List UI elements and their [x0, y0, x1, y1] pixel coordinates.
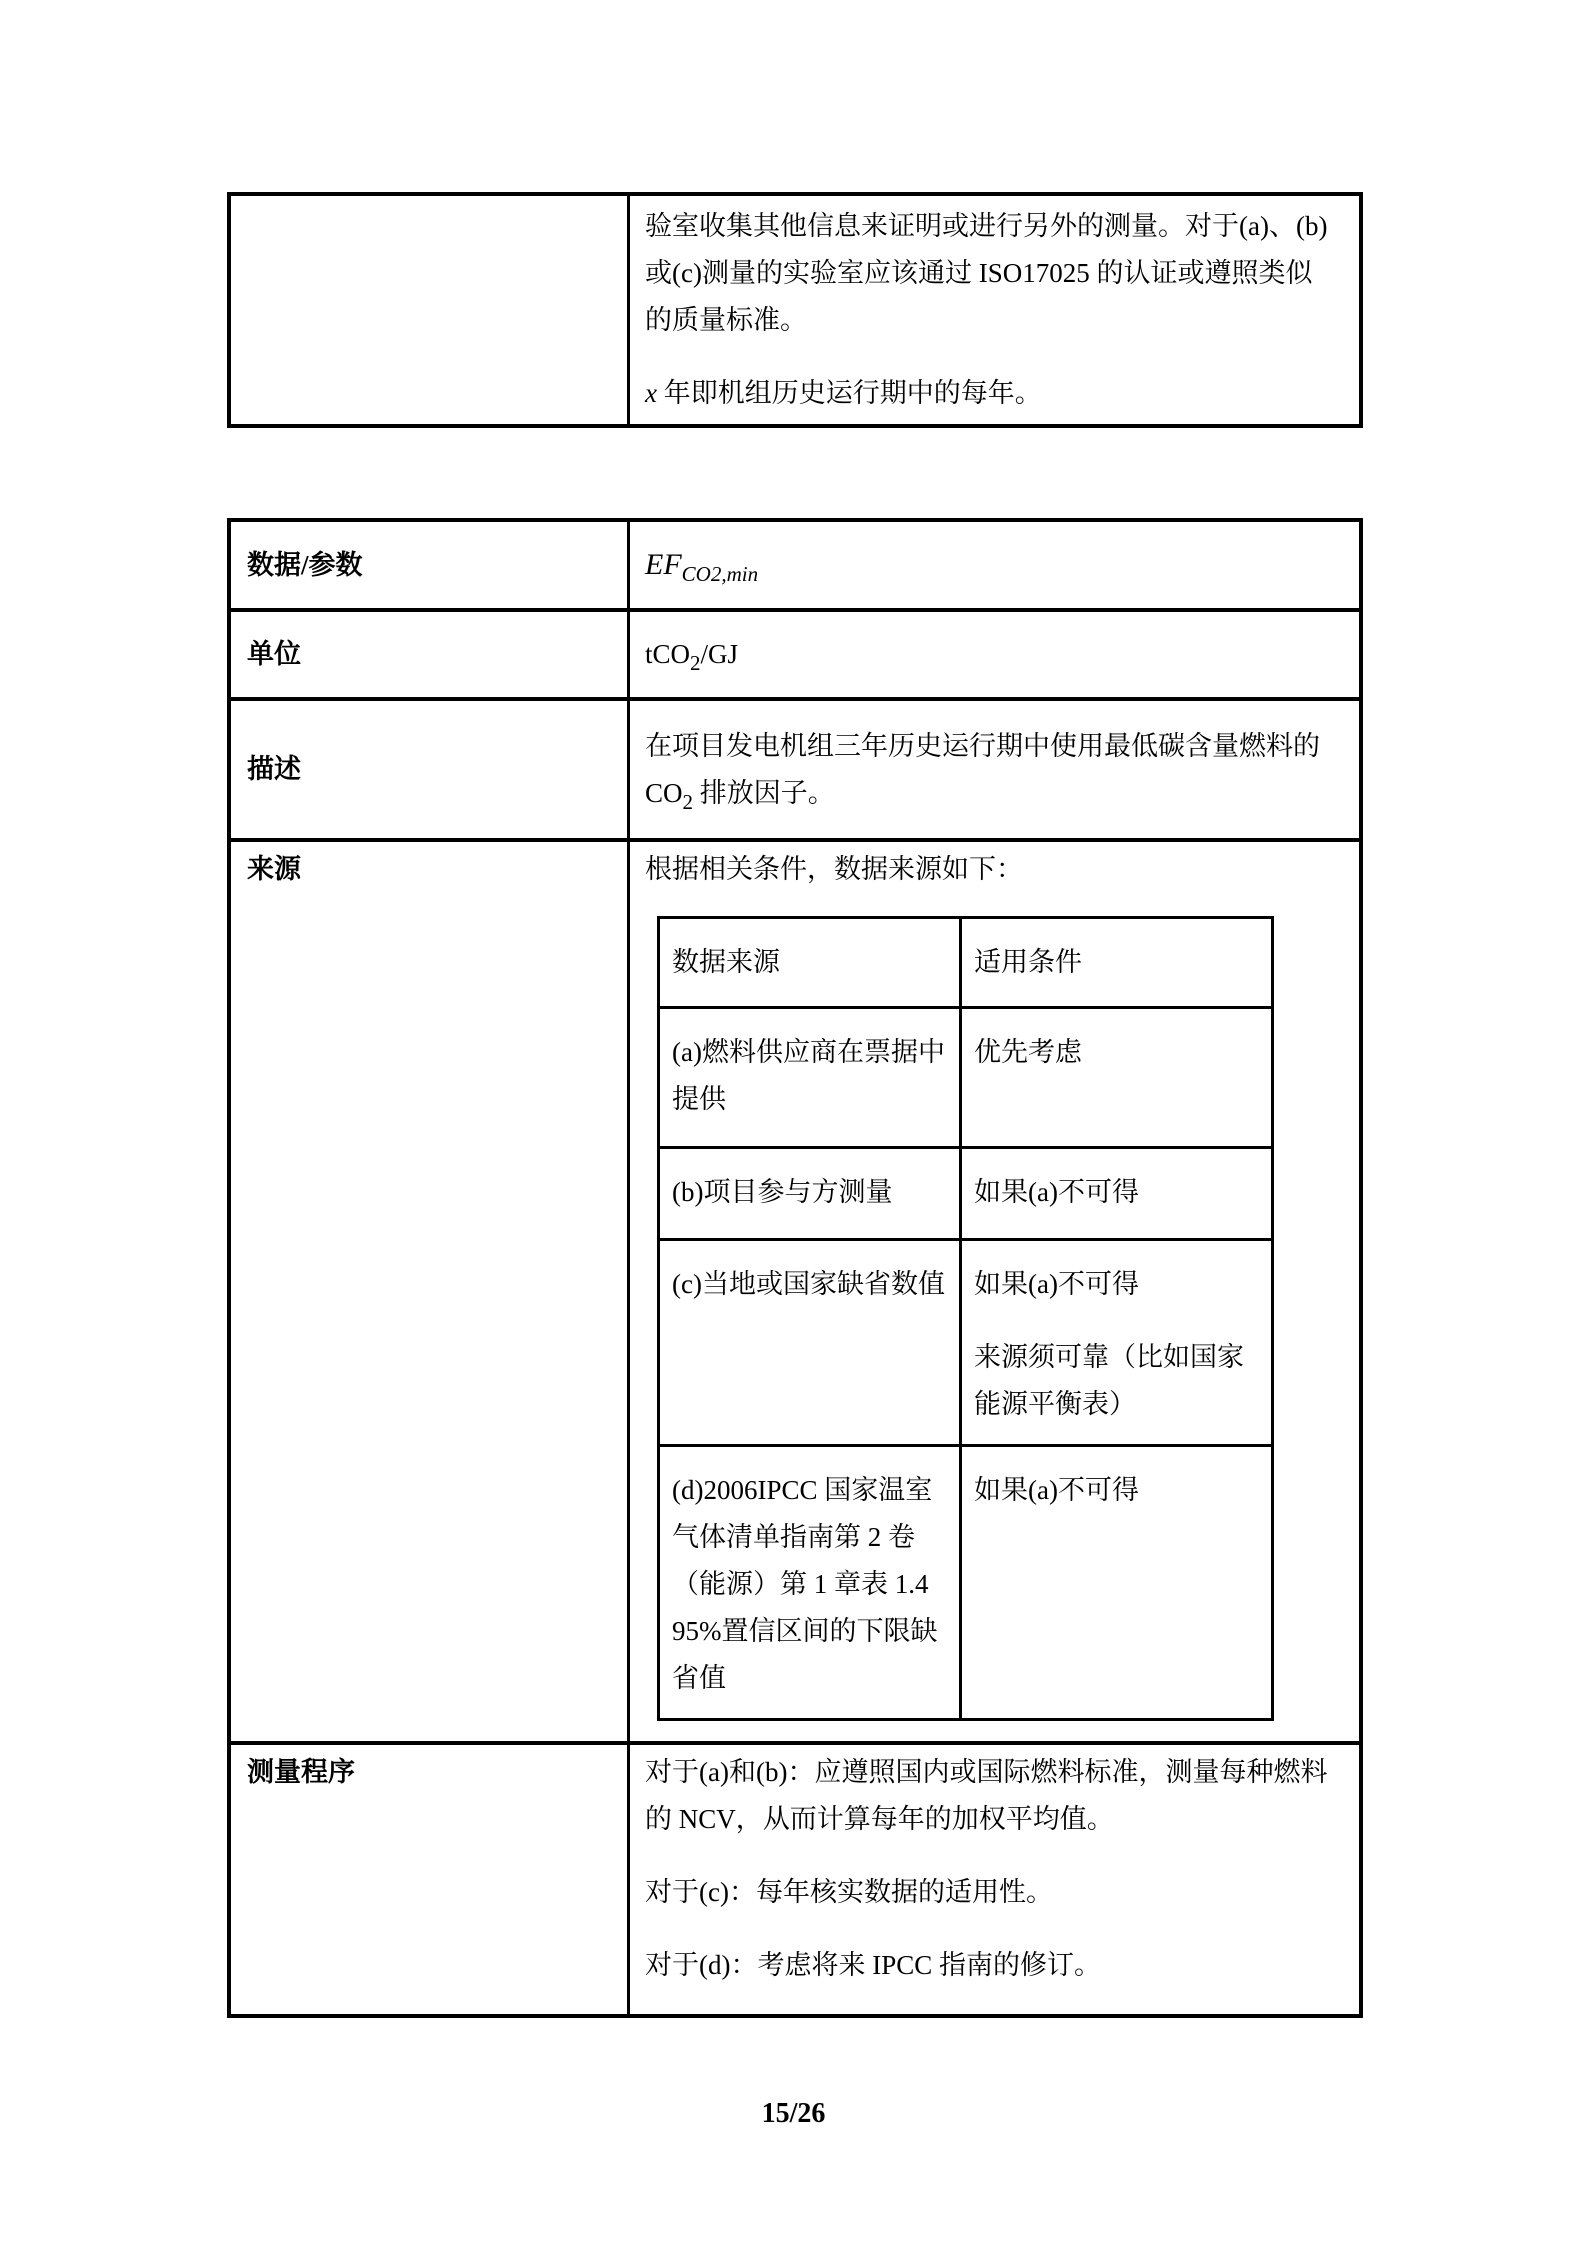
subtable-condition-cell: 如果(a)不可得 来源须可靠（比如国家能源平衡表） [962, 1241, 1271, 1444]
cell-text: 来源须可靠（比如国家能源平衡表） [974, 1334, 1259, 1428]
cell-text: 优先考虑 [974, 1029, 1259, 1076]
unit-post: /GJ [701, 639, 739, 669]
row-label: 来源 [231, 842, 630, 1741]
subtable-condition-cell: 如果(a)不可得 [962, 1149, 1271, 1238]
header-text: 适用条件 [974, 939, 1259, 986]
parameter-table: 数据/参数 EFCO2,min 单位 tCO2/GJ 描述 在项目发电机组三年历… [227, 518, 1363, 2018]
text-line: 的质量标准。 [645, 297, 1343, 344]
cell-text: (d)2006IPCC 国家温室气体清单指南第 2 卷（能源）第 1 章表 1.… [672, 1467, 947, 1702]
cell-text: 如果(a)不可得 [974, 1261, 1259, 1308]
continuation-paragraph: 验室收集其他信息来证明或进行另外的测量。对于(a)、(b) 或(c)测量的实验室… [645, 203, 1343, 344]
unit-value-cell: tCO2/GJ [630, 612, 1359, 697]
continuation-table: 验室收集其他信息来证明或进行另外的测量。对于(a)、(b) 或(c)测量的实验室… [227, 192, 1363, 428]
co2-subscript: 2 [683, 790, 694, 814]
source-subtable: 数据来源 适用条件 (a)燃料供应商在票据中提供 优先考虑 (b)项目参与方测量… [657, 916, 1274, 1721]
unit-pre: tCO [645, 639, 690, 669]
continuation-note: x 年即机组历史运行期中的每年。 [645, 370, 1343, 417]
unit-value: tCO2/GJ [645, 631, 1343, 678]
subtable-row-c: (c)当地或国家缺省数值 如果(a)不可得 来源须可靠（比如国家能源平衡表） [660, 1238, 1271, 1444]
row-source: 来源 根据相关条件，数据来源如下： 数据来源 适用条件 (a)燃料供应商在票据中… [231, 838, 1359, 1741]
subtable-source-cell: (b)项目参与方测量 [660, 1149, 962, 1238]
subtable-condition-cell: 如果(a)不可得 [962, 1447, 1271, 1718]
subtable-condition-cell: 优先考虑 [962, 1009, 1271, 1146]
row-label: 单位 [231, 612, 630, 697]
text-line: 在项目发电机组三年历史运行期中使用最低碳含量燃料的 [645, 723, 1343, 770]
subtable-source-cell: (c)当地或国家缺省数值 [660, 1241, 962, 1444]
cell-text: (b)项目参与方测量 [672, 1169, 947, 1216]
cell-text: (a)燃料供应商在票据中提供 [672, 1029, 947, 1123]
co2-post: 排放因子。 [693, 778, 835, 808]
source-intro: 根据相关条件，数据来源如下： [645, 846, 1343, 893]
row-unit: 单位 tCO2/GJ [231, 608, 1359, 697]
co2-pre: CO [645, 778, 683, 808]
row-procedure: 测量程序 对于(a)和(b)：应遵照国内或国际燃料标准，测量每种燃料 的 NCV… [231, 1741, 1359, 2014]
description-text: 在项目发电机组三年历史运行期中使用最低碳含量燃料的 CO2 排放因子。 [645, 723, 1343, 817]
subtable-source-cell: (a)燃料供应商在票据中提供 [660, 1009, 962, 1146]
subtable-header-condition: 适用条件 [962, 919, 1271, 1006]
subtable-header-source: 数据来源 [660, 919, 962, 1006]
page-number: 15/26 [0, 2090, 1587, 2137]
procedure-cell: 对于(a)和(b)：应遵照国内或国际燃料标准，测量每种燃料 的 NCV，从而计算… [630, 1745, 1359, 2014]
text-line: 的 NCV，从而计算每年的加权平均值。 [645, 1796, 1343, 1843]
procedure-paragraph: 对于(c)：每年核实数据的适用性。 [645, 1869, 1343, 1916]
row-label: 测量程序 [231, 1745, 630, 2014]
procedure-paragraph: 对于(d)：考虑将来 IPCC 指南的修订。 [645, 1942, 1343, 1989]
param-symbol-cell: EFCO2,min [630, 522, 1359, 608]
row-label: 数据/参数 [231, 522, 630, 608]
continuation-body-cell: 验室收集其他信息来证明或进行另外的测量。对于(a)、(b) 或(c)测量的实验室… [630, 196, 1359, 424]
cell-text: (c)当地或国家缺省数值 [672, 1261, 947, 1308]
note-text: 年即机组历史运行期中的每年。 [657, 378, 1042, 408]
row-data-param: 数据/参数 EFCO2,min [231, 522, 1359, 608]
procedure-paragraph: 对于(a)和(b)：应遵照国内或国际燃料标准，测量每种燃料 的 NCV，从而计算… [645, 1749, 1343, 1843]
text-line: 验室收集其他信息来证明或进行另外的测量。对于(a)、(b) [645, 203, 1343, 250]
symbol-base: EF [645, 548, 682, 581]
description-cell: 在项目发电机组三年历史运行期中使用最低碳含量燃料的 CO2 排放因子。 [630, 701, 1359, 838]
symbol-subscript: CO2,min [682, 562, 758, 586]
param-symbol: EFCO2,min [645, 541, 1343, 589]
cell-text: 如果(a)不可得 [974, 1467, 1259, 1514]
cell-text: 如果(a)不可得 [974, 1169, 1259, 1216]
text-line: CO2 排放因子。 [645, 770, 1343, 817]
subtable-source-cell: (d)2006IPCC 国家温室气体清单指南第 2 卷（能源）第 1 章表 1.… [660, 1447, 962, 1718]
source-cell: 根据相关条件，数据来源如下： 数据来源 适用条件 (a)燃料供应商在票据中提供 … [630, 842, 1359, 1741]
unit-subscript: 2 [690, 651, 701, 675]
subtable-row-b: (b)项目参与方测量 如果(a)不可得 [660, 1146, 1271, 1238]
subtable-header-row: 数据来源 适用条件 [660, 919, 1271, 1006]
text-line: 对于(a)和(b)：应遵照国内或国际燃料标准，测量每种燃料 [645, 1749, 1343, 1796]
subtable-row-a: (a)燃料供应商在票据中提供 优先考虑 [660, 1006, 1271, 1146]
row-description: 描述 在项目发电机组三年历史运行期中使用最低碳含量燃料的 CO2 排放因子。 [231, 697, 1359, 838]
document-page: 验室收集其他信息来证明或进行另外的测量。对于(a)、(b) 或(c)测量的实验室… [0, 0, 1587, 2245]
table-row: 验室收集其他信息来证明或进行另外的测量。对于(a)、(b) 或(c)测量的实验室… [231, 196, 1359, 424]
continuation-empty-label-cell [231, 196, 630, 424]
subtable-row-d: (d)2006IPCC 国家温室气体清单指南第 2 卷（能源）第 1 章表 1.… [660, 1444, 1271, 1718]
header-text: 数据来源 [672, 939, 947, 986]
variable-x: x [645, 378, 657, 408]
row-label: 描述 [231, 701, 630, 838]
text-line: 或(c)测量的实验室应该通过 ISO17025 的认证或遵照类似 [645, 250, 1343, 297]
